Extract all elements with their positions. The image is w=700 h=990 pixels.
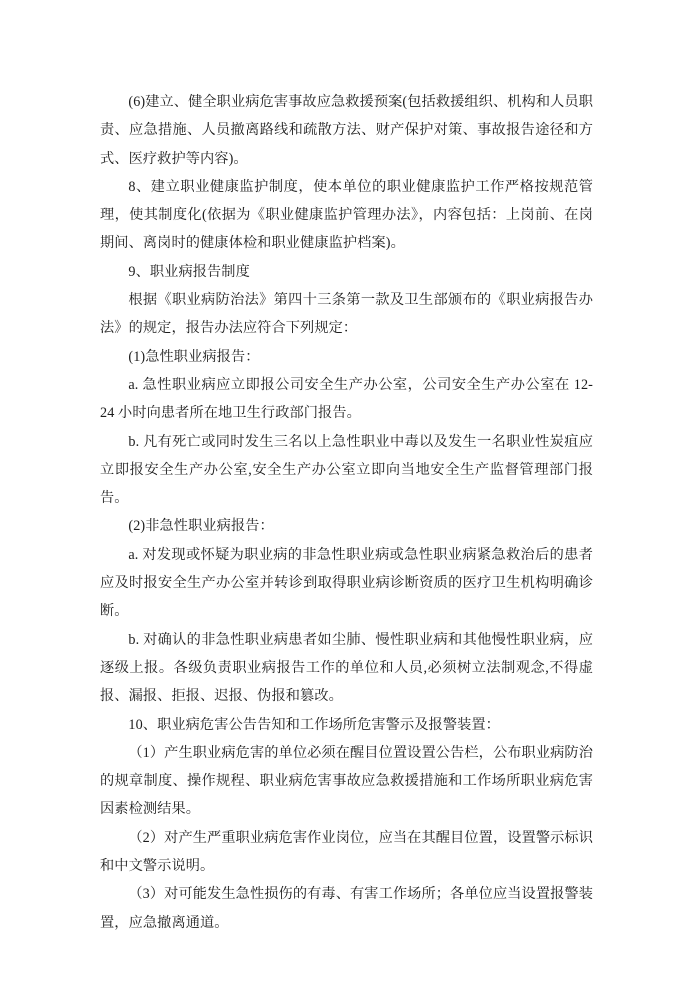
paragraph: （2）对产生严重职业病危害作业岗位，应当在其醒目位置，设置警示标识和中文警示说明… bbox=[100, 824, 593, 881]
paragraph: 10、职业病危害公告告知和工作场所危害警示及报警装置： bbox=[100, 711, 593, 739]
paragraph: 9、职业病报告制度 bbox=[100, 258, 593, 286]
paragraph: a. 急性职业病应立即报公司安全生产办公室，公司安全生产办公室在 12-24 小… bbox=[100, 371, 593, 428]
paragraph: a. 对发现或怀疑为职业病的非急性职业病或急性职业病紧急救治后的患者应及时报安全… bbox=[100, 541, 593, 626]
paragraph: （3）对可能发生急性损伤的有毒、有害工作场所；各单位应当设置报警装置，应急撤离通… bbox=[100, 880, 593, 937]
paragraph: （1）产生职业病危害的单位必须在醒目位置设置公告栏，公布职业病防治的规章制度、操… bbox=[100, 739, 593, 824]
paragraph: (2)非急性职业病报告： bbox=[100, 512, 593, 540]
paragraph: (1)急性职业病报告： bbox=[100, 343, 593, 371]
paragraph: 根据《职业病防治法》第四十三条第一款及卫生部颁布的《职业病报告办法》的规定，报告… bbox=[100, 286, 593, 343]
document-page: (6)建立、健全职业病危害事故应急救援预案(包括救援组织、机构和人员职责、应急措… bbox=[0, 0, 700, 990]
paragraph: (6)建立、健全职业病危害事故应急救援预案(包括救援组织、机构和人员职责、应急措… bbox=[100, 88, 593, 173]
paragraph: 8、建立职业健康监护制度，使本单位的职业健康监护工作严格按规范管理，使其制度化(… bbox=[100, 173, 593, 258]
paragraph: b. 对确认的非急性职业病患者如尘肺、慢性职业病和其他慢性职业病，应逐级上报。各… bbox=[100, 626, 593, 711]
document-body: (6)建立、健全职业病危害事故应急救援预案(包括救援组织、机构和人员职责、应急措… bbox=[100, 88, 593, 937]
paragraph: b. 凡有死亡或同时发生三名以上急性职业中毒以及发生一名职业性炭疽应立即报安全生… bbox=[100, 428, 593, 513]
